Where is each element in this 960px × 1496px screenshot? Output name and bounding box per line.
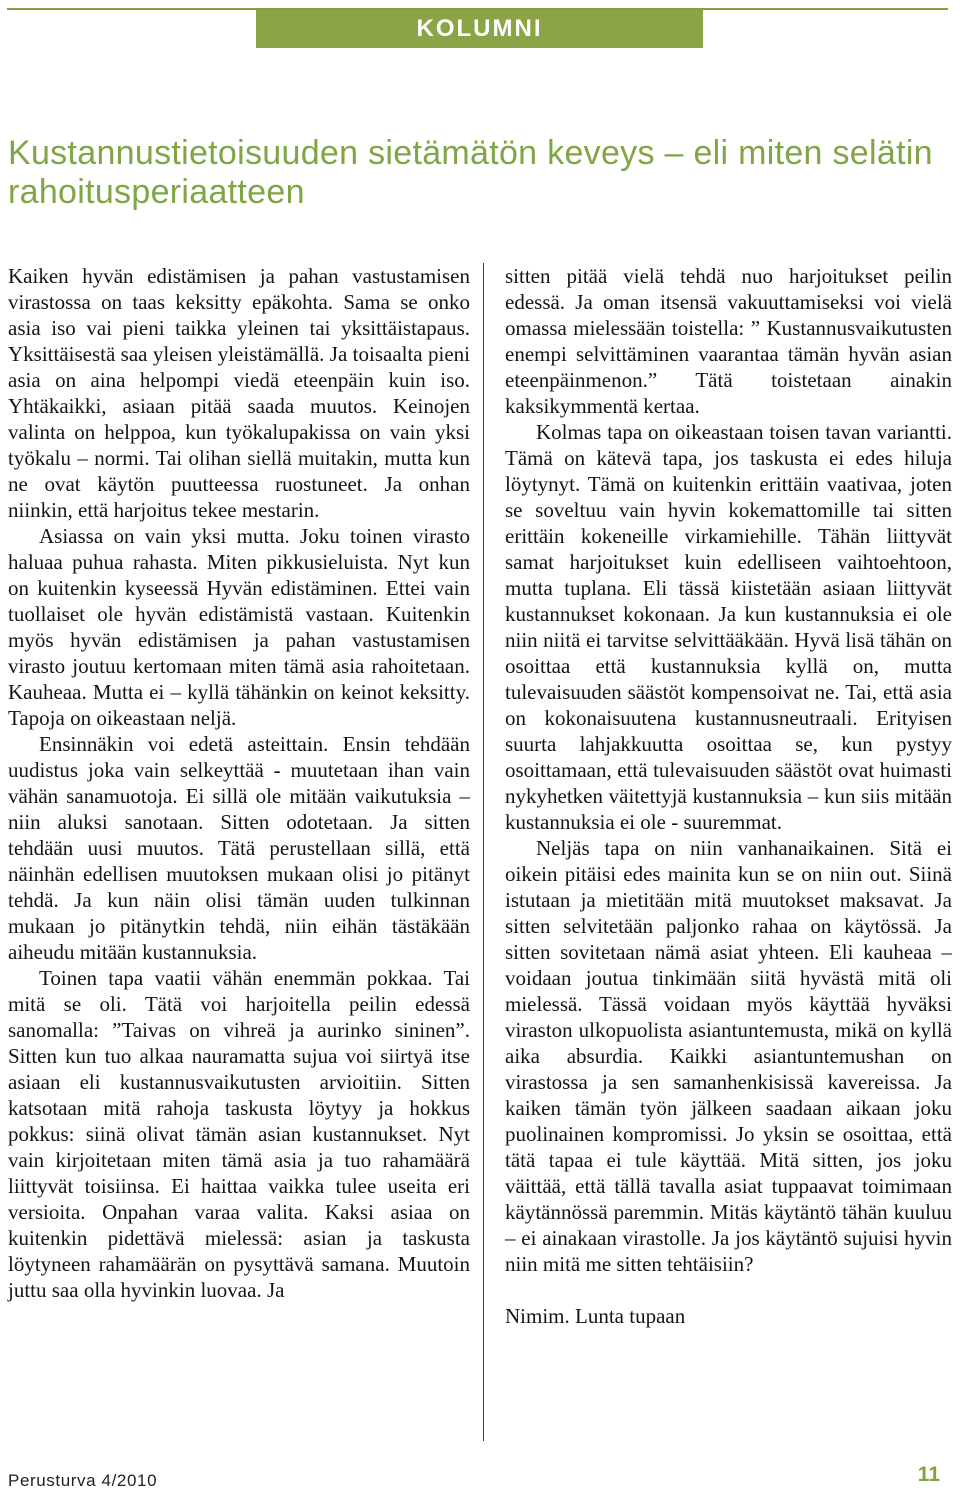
paragraph: Asiassa on vain yksi mutta. Joku toinen … [8, 523, 470, 731]
paragraph: Neljäs tapa on niin vanhanaikainen. Sitä… [505, 835, 952, 1277]
paragraph: Nimim. Lunta tupaan [505, 1303, 952, 1329]
left-column: Kaiken hyvän edistämisen ja pahan vastus… [8, 263, 470, 1441]
article-title: Kustannustietoisuuden sietämätön keveys … [8, 134, 954, 212]
paragraph: sitten pitää vielä tehdä nuo harjoitukse… [505, 263, 952, 419]
article-body: Kaiken hyvän edistämisen ja pahan vastus… [8, 263, 952, 1441]
kicker-label: KOLUMNI [417, 15, 543, 43]
paragraph: Toinen tapa vaatii vähän enemmän pokkaa.… [8, 965, 470, 1303]
paragraph: Kolmas tapa on oikeastaan toisen tavan v… [505, 419, 952, 835]
paragraph: Ensinnäkin voi edetä asteittain. Ensin t… [8, 731, 470, 965]
column-divider [483, 263, 484, 1441]
paragraph: Kaiken hyvän edistämisen ja pahan vastus… [8, 263, 470, 523]
footer-journal: Perusturva 4/2010 [8, 1471, 157, 1491]
magazine-page: { "colors": { "accent_green": "#8ba546",… [0, 0, 960, 1496]
right-column: sitten pitää vielä tehdä nuo harjoitukse… [505, 263, 952, 1441]
page-number: 11 [918, 1463, 940, 1487]
kicker-banner: KOLUMNI [256, 10, 703, 48]
